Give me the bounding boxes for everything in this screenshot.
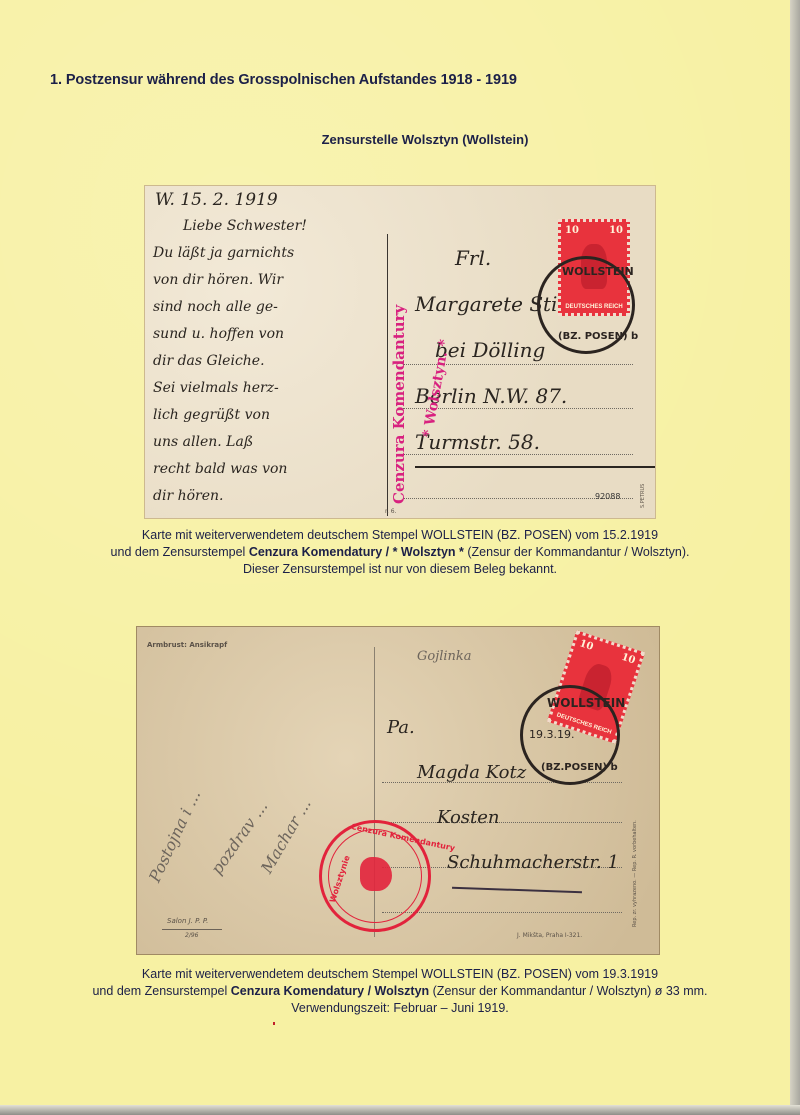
card2-bottom-left: Salon J. P. P. [167, 917, 208, 925]
caption-bold: Cenzura Komendatury / * Wolsztyn * [249, 545, 464, 559]
card2-bottom-left-number: 2/96 [185, 932, 198, 939]
eagle-icon [360, 857, 392, 891]
strike-through [452, 887, 582, 894]
postmark-top: WOLLSTEIN [562, 265, 634, 278]
handwritten-line: Du läßt ja garnichts [153, 245, 294, 261]
postmark-top: WOLLSTEIN [547, 696, 625, 710]
caption-line: und dem Zensurstempel Cenzura Komendatur… [0, 544, 800, 561]
card2-bottom-right: J. Mikšta, Praha I-321. [517, 932, 582, 939]
postmark-bottom: (BZ. POSEN) b [558, 331, 638, 342]
handwritten-line: Frl. [455, 246, 491, 270]
handwritten-line: uns allen. Laß [153, 434, 253, 450]
caption-text: (Zensur der Kommandantur / Wolsztyn) ø 3… [429, 984, 707, 998]
handwritten-line: dir das Gleiche. [153, 353, 265, 369]
handwritten-line: recht bald was von [153, 461, 287, 477]
side-print: S.PETRUS [640, 484, 646, 508]
handwritten-line: Sei vielmals herz- [153, 380, 279, 396]
caption-line: Karte mit weiterverwendetem deutschem St… [0, 966, 800, 983]
postcard-1: W. 15. 2. 1919 Liebe Schwester!Du läßt j… [145, 186, 655, 518]
ink-speck [273, 1022, 275, 1025]
handwritten-line: sind noch alle ge- [153, 299, 278, 315]
postcard-2: Armbrust: Ansikrapf Gojlinka Postojna i … [137, 627, 659, 954]
censor-stamp-line1: Cenzura Komendantury [390, 305, 408, 504]
handwritten-line: sund u. hoffen von [153, 326, 284, 342]
caption-bold: Cenzura Komendatury / Wolsztyn [231, 984, 429, 998]
card1-postmark: WOLLSTEIN (BZ. POSEN) b [537, 256, 635, 354]
censor-seal: Cenzura Komendantury Wolsztynie [319, 820, 431, 932]
card2-postmark: WOLLSTEIN 19.3.19. (BZ.POSEN) b [520, 685, 620, 785]
address-line [382, 822, 622, 823]
caption-1: Karte mit weiterverwendetem deutschem St… [0, 527, 800, 578]
handwritten-line: Schuhmacherstr. 1 [447, 852, 619, 873]
card1-date: W. 15. 2. 1919 [155, 190, 278, 210]
caption-line: Karte mit weiterverwendetem deutschem St… [0, 527, 800, 544]
handwritten-line: Magda Kotz [417, 762, 526, 783]
caption-text: und dem Zensurstempel [111, 545, 249, 559]
stamp-value: 10 [565, 225, 579, 236]
page-subheading: Zensurstelle Wolsztyn (Wollstein) [0, 132, 800, 147]
handwritten-line: Kosten [437, 807, 500, 828]
address-line [382, 912, 622, 913]
stamp-value: 10 [578, 638, 595, 653]
caption-line: und dem Zensurstempel Cenzura Komendatur… [0, 983, 800, 1000]
handwritten-line: von dir hören. Wir [153, 272, 283, 288]
side-print: Rep. zr. vyhrazeno. — Rep. R. vorbehalte… [632, 820, 638, 927]
card2-pencil-scribble: Postojna i ... [145, 787, 204, 885]
handwritten-line: lich gegrüßt von [153, 407, 270, 423]
bottom-print: r. 6. [385, 508, 396, 515]
publisher-number: 92088 [595, 492, 620, 501]
handwritten-line: dir hören. [153, 488, 223, 504]
page-edge [0, 1105, 800, 1115]
page-heading: 1. Postzensur während des Grosspolnische… [50, 72, 517, 88]
stamp-value: 10 [620, 652, 637, 667]
album-page: 1. Postzensur während des Grosspolnische… [0, 0, 790, 1105]
address-line [403, 454, 633, 455]
caption-2: Karte mit weiterverwendetem deutschem St… [0, 966, 800, 1017]
handwritten-line: Pa. [387, 717, 415, 738]
card1-divider [387, 234, 388, 516]
card2-publisher: Armbrust: Ansikrapf [147, 641, 227, 649]
handwritten-line: Liebe Schwester! [183, 218, 307, 234]
stamp-value: 10 [609, 225, 623, 236]
divider [162, 929, 222, 930]
postmark-bottom: (BZ.POSEN) b [541, 762, 618, 773]
caption-text: und dem Zensurstempel [92, 984, 230, 998]
caption-text: (Zensur der Kommandantur / Wolsztyn). [464, 545, 690, 559]
page-edge [790, 0, 800, 1115]
postmark-date: 19.3.19. [529, 728, 574, 741]
caption-line: Verwendungszeit: Februar – Juni 1919. [0, 1000, 800, 1017]
card2-pencil-note: Gojlinka [417, 649, 472, 664]
underline [415, 466, 655, 468]
caption-line: Dieser Zensurstempel ist nur von diesem … [0, 561, 800, 578]
